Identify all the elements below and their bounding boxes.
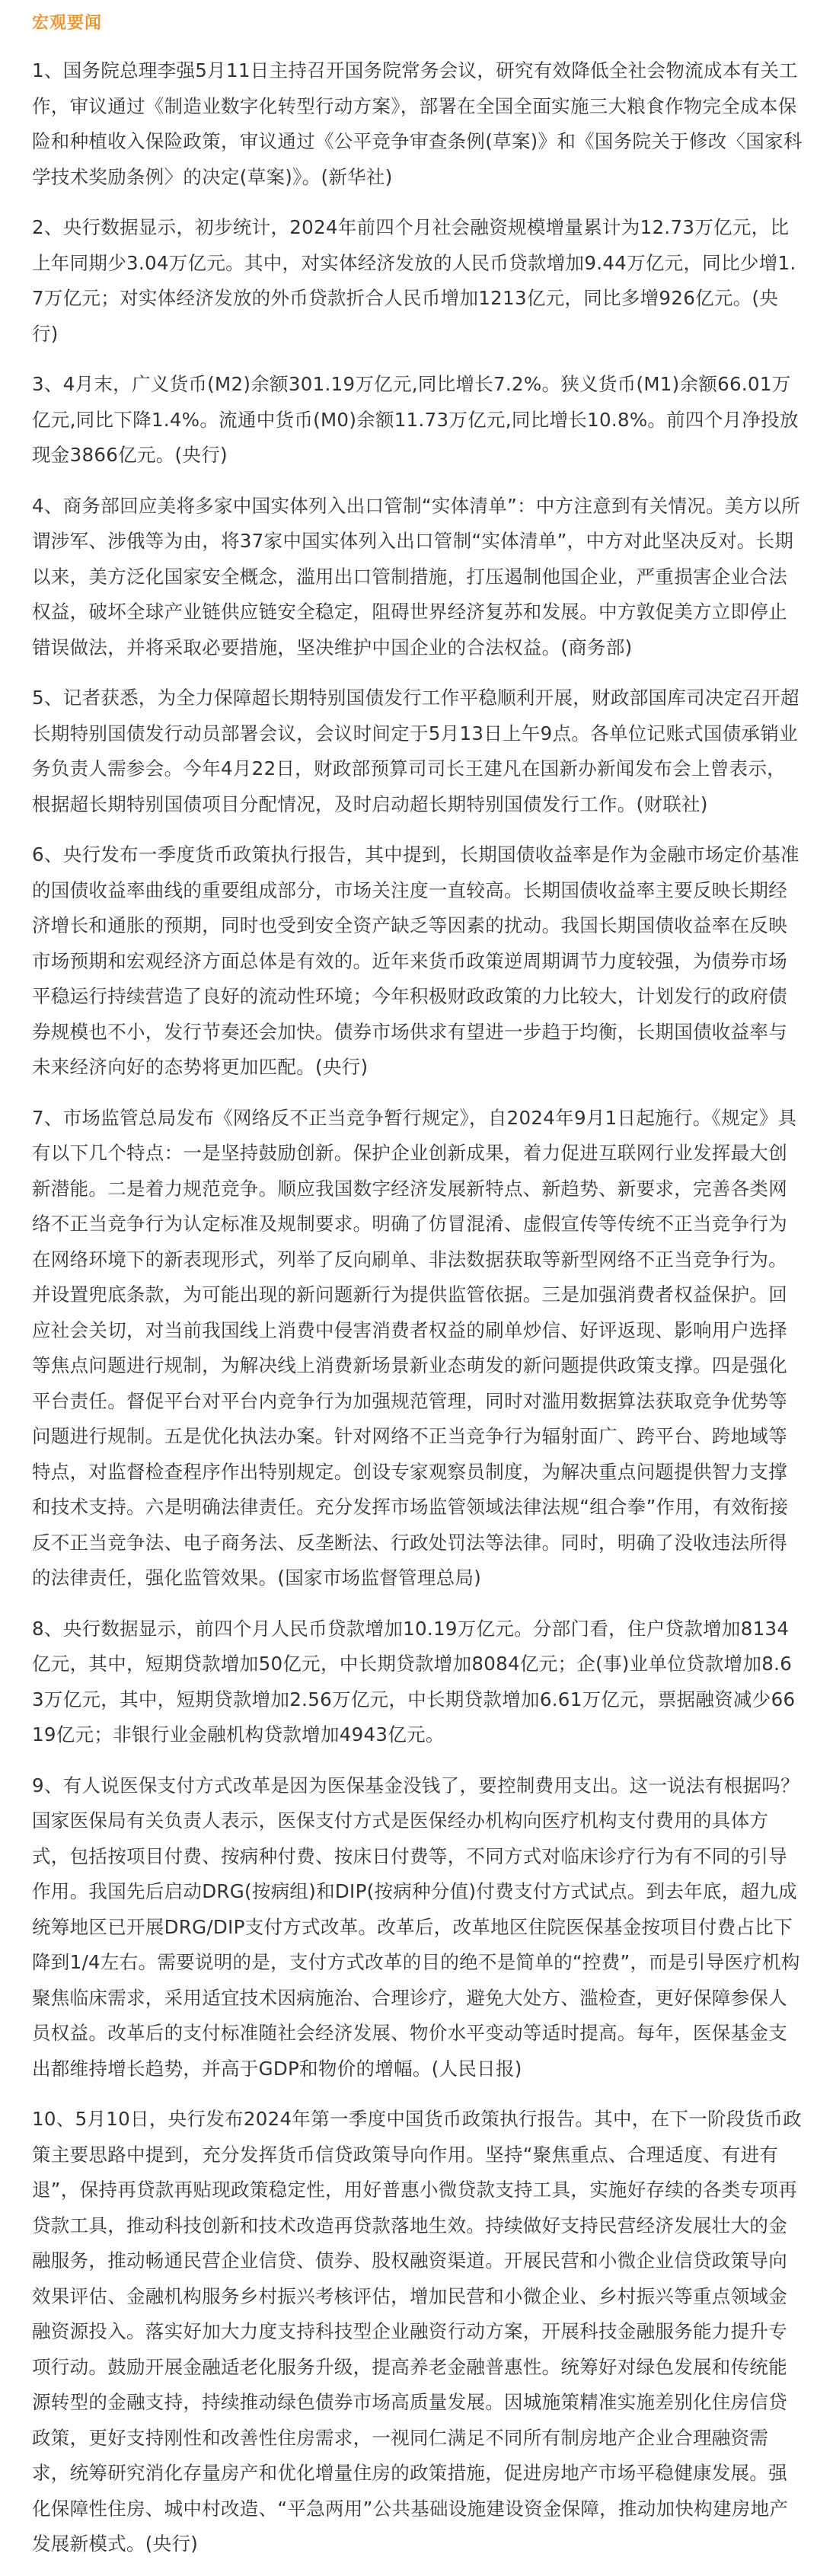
news-item-5: 5、记者获悉，为全力保障超长期特别国债发行工作平稳顺利开展，财政部国库司决定召开… bbox=[32, 681, 803, 822]
news-item-3: 3、4月末，广义货币(M2)余额301.19万亿元,同比增长7.2%。狭义货币(… bbox=[32, 367, 803, 473]
news-item-7: 7、市场监管总局发布《网络反不正当竞争暂行规定》，自2024年9月1日起施行。《… bbox=[32, 1101, 803, 1596]
news-item-9: 9、有人说医保支付方式改革是因为医保基金没钱了，要控制费用支出。这一说法有根据吗… bbox=[32, 1768, 803, 2087]
section-title: 宏观要闻 bbox=[32, 11, 803, 37]
news-item-8: 8、央行数据显示，前四个月人民币贷款增加10.19万亿元。分部门看，住户贷款增加… bbox=[32, 1612, 803, 1753]
news-item-4: 4、商务部回应美将多家中国实体列入出口管制“实体清单”：中方注意到有关情况。美方… bbox=[32, 489, 803, 666]
news-item-1: 1、国务院总理李强5月11日主持召开国务院常务会议，研究有效降低全社会物流成本有… bbox=[32, 53, 803, 195]
news-item-2: 2、央行数据显示，初步统计，2024年前四个月社会融资规模增量累计为12.73万… bbox=[32, 210, 803, 352]
news-item-6: 6、央行发布一季度货币政策执行报告，其中提到，长期国债收益率是作为金融市场定价基… bbox=[32, 837, 803, 1086]
news-item-10: 10、5月10日，央行发布2024年第一季度中国货币政策执行报告。其中，在下一阶… bbox=[32, 2102, 803, 2562]
news-digest-page: 宏观要闻 1、国务院总理李强5月11日主持召开国务院常务会议，研究有效降低全社会… bbox=[0, 0, 817, 2562]
